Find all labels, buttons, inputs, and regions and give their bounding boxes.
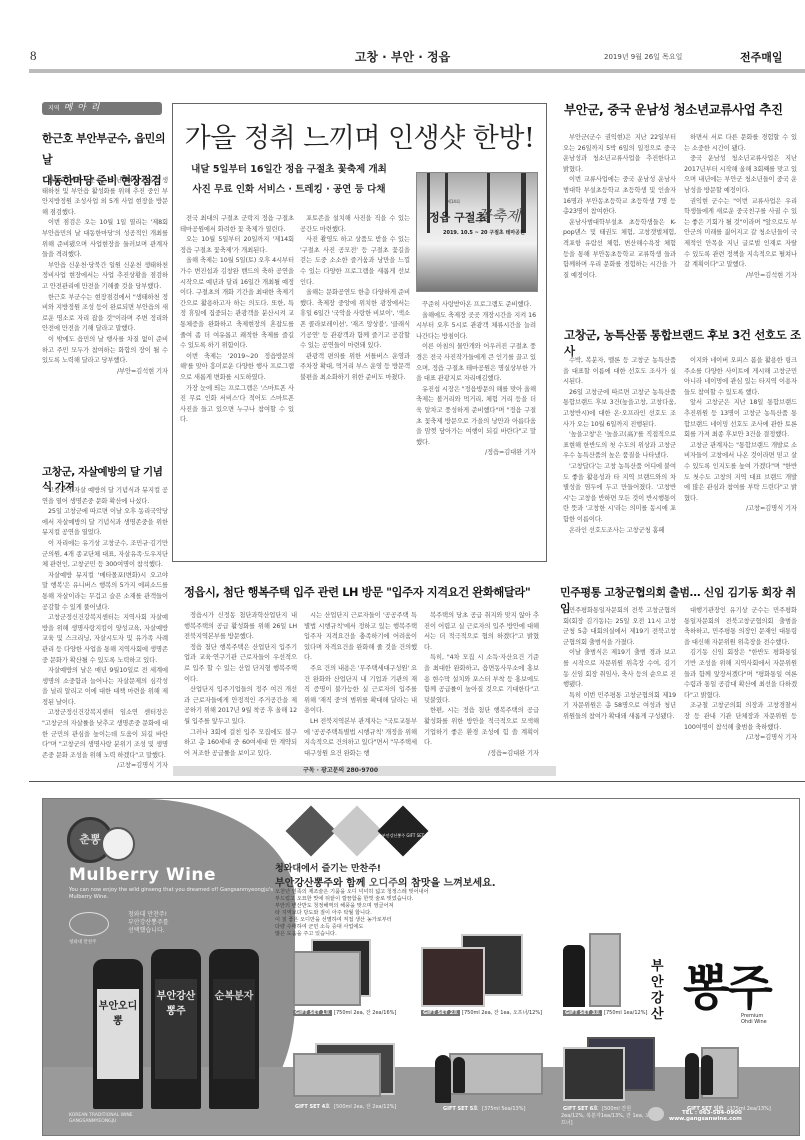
subtitle-line: 내달 5일부터 16일간 정읍 구절초 꽃축제 개최 [172, 160, 406, 180]
byline: /정읍=김대완 기자 [424, 749, 539, 760]
headline-line: 한근호 부안부군수, 읍민의 날 [42, 128, 170, 170]
ad-divider [29, 781, 805, 782]
article-body-col1: 민주평화통일자문회의 전북 고창군협의회(회장 김기동)는 25일 오전 11시… [563, 606, 676, 723]
feature-title: 가을 정취 느끼며 인생샷 한방! [172, 116, 547, 155]
article-body: 고창군이 자살 예방의 달 기념식과 뮤지컬 공연을 열어 생명존중 문화 확산… [42, 486, 168, 772]
paragraph: 온라인 선호도조사는 고창군청 홈페 [563, 526, 676, 537]
company-logo-icon [648, 1107, 664, 1121]
paragraph: 조규철 고창군의회 의장과 고창경찰서장 등 관내 기관 단체장과 자문위원 등… [684, 701, 797, 733]
brand-vertical-name: 부안강산 [651, 959, 665, 1023]
paragraph: 고창군이 자살 예방의 달 기념식과 뮤지컬 공연을 열어 생명존중 문화 확산… [42, 486, 168, 507]
byline: /부안=김석현 기자 [684, 271, 797, 282]
article-body-col1: 정읍시가 신정동 첨단과학산업단지 내 행복주택의 공급 활성화를 위해 26일… [184, 611, 297, 759]
gift-set-image [563, 945, 585, 1007]
article-body-col2: 대행기관장인 유기상 군수는 민주평화통일자문회의 전북고창군협의회 출범을 축… [684, 606, 797, 744]
ad-subtitle: You can now enjoy the wild ginseng that … [69, 887, 279, 901]
fruit-photo-icon [332, 806, 383, 857]
gift-set-caption: GIFT SET 6호[500ml 잔원2ea/12%, 복분자1ea/13%,… [561, 1105, 651, 1126]
article-headline: 고창군, 농특산품 통합브랜드 후보 3건 선호도 조사 [564, 327, 804, 359]
subscription-bar: 구독 · 광고문의 280-9700 [173, 766, 556, 776]
paragraph: 정읍시가 신정동 첨단과학산업단지 내 행복주택의 공급 활성화를 위해 26일… [184, 611, 297, 643]
article-headline: 부안군, 중국 운남성 청소년교류사업 추진 [564, 100, 804, 118]
article-body-col2: 이지와 네이버 오피스 폼을 활용한 링크주소를 다양한 사이트에 게시해 고창… [684, 356, 797, 515]
paragraph: 사진 촬영도 하고 상품도 받을 수 있는 '구절초 사진 공모전' 등 구절초… [300, 235, 410, 288]
article-body-col1: 부안군(군수 권익현)은 지난 22일부터 오는 26일까지 5박 6일의 일정… [563, 133, 676, 281]
paragraph: 정읍 첨단 행복주택은 산업단지 입주기업과 교육·연구기관 근로자들이 우선적… [184, 643, 297, 685]
paragraph: 앞서 고창군은 지난 18일 통합브랜드 추진위원 등 13명이 고창군 농특산… [684, 398, 797, 440]
brand-name: 뽕주 [683, 949, 770, 1018]
wine-bottle: 순복분자 [209, 949, 259, 1109]
paragraph: 포토존을 설치해 사진을 직을 수 있는 공간도 마련했다. [300, 214, 410, 235]
ad-headline: 청와대에서 즐기는 만찬주! [275, 861, 381, 874]
column-tag: 지역메 아 리 [42, 102, 162, 115]
gift-set-caption: GIFT SET 1호[750ml 2ea, 잔 2ea/16%] [293, 1009, 396, 1016]
article-body: 한근호 부안 부군수는 지난 24일 신운천 생태하천 및 부안읍 활성화를 위… [42, 176, 168, 377]
paragraph: 유진섭 시장은 "정읍방문의 해를 맞아 올해 축제는 볼거리와 먹거리, 체험… [416, 385, 536, 449]
ad-body: 오천년 민족의 제조술은 기품을 오디 넉넉히 넓고 청정스레 빚어내어 부드럽… [275, 889, 505, 938]
paragraph: 주요 건의 내용은 '무주택세대구성원' 요건 완화와 산업단지 내 기업과 기… [304, 664, 417, 717]
ad-headline-2: 부안강산뽕주와 함께 오디주의 참맛을 느껴보세요. [275, 874, 496, 889]
paragraph: 올해는 문화공연도 한층 다양하게 준비했다. 축제장 중앙에 위치한 광장에서… [300, 288, 410, 352]
paragraph: 이 밖에도 읍민의 날 행사를 차질 없이 준비하고 주민 모두가 참여하는 화… [42, 335, 168, 367]
festival-poster-image: 제14회 정읍 구절초 꽃축제 2019. 10.5 ~ 20 구절초 테마공원 [416, 172, 538, 292]
paragraph: 한편, 시는 정읍 첨단 행복주택의 공급 활성화를 위한 방안을 적극적으로 … [424, 706, 539, 748]
feature-body-col2: 포토존을 설치해 사진을 직을 수 있는 공간도 마련했다. 사진 촬영도 하고… [300, 214, 410, 384]
paragraph: 고창군 관계자는 "통합브랜드 개발로 소비자들이 고창에서 나온 것이라면 믿… [684, 441, 797, 505]
paragraph: 수박, 복분자, 멜론 등 고창군 농특산품을 대표할 이름에 대한 선호도 조… [563, 356, 676, 388]
byline: /고창=김명식 기자 [684, 504, 797, 515]
paragraph: 고창군정신건강복지센터 임소연 센터장은 "고창군의 자살률을 낮추고 생명존중… [42, 708, 168, 761]
article-body-col3: 복주택의 당초 공급 취지와 맞지 않아 추진이 어렵고 실 근로자의 입주 방… [424, 611, 539, 759]
paragraph: 부안군(군수 권익현)은 지난 22일부터 오는 26일까지 5박 6일의 일정… [563, 133, 676, 175]
ad-title: Mulberry Wine [69, 865, 216, 885]
mulberry-photo-icon [286, 806, 337, 857]
paragraph: 민주평화통일자문회의 전북 고창군협의회(회장 김기동)는 25일 오전 11시… [563, 606, 676, 648]
paragraph: 대행기관장인 유기상 군수는 민주평화통일자문회의 전북고창군협의회 출범을 축… [684, 606, 797, 648]
paragraph: 이번 점검은 오는 10월 1일 열리는 '제8회 부안읍민의 날 대동한마당'… [42, 218, 168, 260]
paragraph: 고창군정신건강복지센터는 지역사회 자살예방을 위해 생명사랑지킴이 양성교육,… [42, 613, 168, 666]
newspaper-name: 전주매일 [740, 49, 783, 65]
paragraph: 이날 출범식은 제19기 출범 경과 보고를 시작으로 자문위원 위촉장 수여,… [563, 648, 676, 690]
company-name: KOREAN TRADITIONAL WINE GANGSANMYEONGJU [69, 1113, 133, 1125]
paragraph: 권익현 군수는 "이번 교류사업은 우리 학생들에게 새로운 중국친구를 사귈 … [684, 197, 797, 271]
paragraph: '높을고창'은 '높을고(高)'를 직접적으로 표현해 한반도의 첫 수도의 위… [563, 430, 676, 462]
paragraph: 시는 산업단지 근로자들이 '공공주택 특별법 시행규칙'에서 정하고 있는 행… [304, 611, 417, 664]
paragraph: 올해에도 축제장 곳곳 개장시간을 지켜 16시부터 오후 5시로 관광객 체류… [416, 311, 536, 343]
paragraph: 25일 고창군에 따르면 이날 오후 동리국악당에서 자살예방의 달 기념식과 … [42, 507, 168, 539]
paragraph: 이지와 네이버 오피스 폼을 활용한 링크주소를 다양한 사이트에 게시해 고창… [684, 356, 797, 398]
ad-slogan: 청와대 만찬주! 부안강산뽕주를 선택했습니다. [128, 911, 169, 935]
paragraph: 운남사범대학부설초 초등학생들은 K-pop댄스 및 태권도 체험, 고창갯벌체… [563, 218, 676, 282]
paragraph: 이번 교류사업에는 중국 운남성 운남사범대학 부설초등학교 초등학생 및 인솔… [563, 175, 676, 217]
brand-tagline: Premium Ohdi Wine [741, 1013, 767, 1025]
gift-set-image [563, 1047, 625, 1101]
wine-bottle: 부안오디뽕 [93, 959, 143, 1109]
feature-subtitle: 내달 5일부터 16일간 정읍 구절초 꽃축제 개최 사진 무료 인화 서비스 … [172, 160, 406, 200]
byline: /부안=김석현 기자 [42, 367, 168, 378]
paragraph: 이 자리에는 유기상 고창군수, 조민규·김기만 군의원, 4개 종교단체 대표… [42, 539, 168, 571]
gift-set-image [293, 951, 361, 1006]
paragraph: 중국 운남성 청소년교류사업은 지난 2017년부터 시작해 올해 3회째를 맞… [684, 154, 797, 196]
paragraph: 오는 10월 5일부터 20일까지 '제14회 정읍 구절초 꽃축제'가 개최된… [180, 235, 294, 256]
gift-set-image [435, 1055, 451, 1103]
contact-info: TEL : 063-584-0900 www.gangsanwine.com [669, 1110, 742, 1122]
paragraph: 그러나 3회에 걸친 입주 모집에도 불구하고 총 160세대 중 60여세대 … [184, 728, 297, 760]
column-tag-name: 메 아 리 [64, 103, 101, 113]
byline: /고창=김명식 기자 [42, 761, 168, 772]
header-rule [29, 69, 805, 73]
mulberry-wine-advertisement: 춘뽕 Mulberry Wine You can now enjoy the w… [42, 798, 800, 1136]
paragraph: 산업단지 입주기업들의 정주 여건 개선과 근로자들에게 안정적인 주거공간을 … [184, 685, 297, 727]
feature-body-col3: 꾸준히 사랑받아온 프로그램도 준비했다. 올해에도 축제장 곳곳 개장시간을 … [416, 300, 536, 459]
poster-edition: 제14회 [447, 199, 460, 205]
paragraph: 복주택의 당초 공급 취지와 맞지 않아 추진이 어렵고 실 근로자의 입주 방… [424, 611, 539, 653]
paragraph: 특히 이번 민주평통 고창군협의회 제19기 자문위원은 총 58명으로 여성과… [563, 691, 676, 723]
blue-house-emblem-icon [69, 912, 109, 936]
section-title: 고창 · 부안 · 정읍 [0, 48, 805, 65]
gift-set-caption: GIFT SET 5호[375ml 5ea/13%] [441, 1105, 525, 1112]
column-tag-prefix: 지역 [48, 105, 60, 112]
paragraph: 26일 고창군에 따르면 고창군 농특산품 통합브랜드 후보 3건(높을고창, … [563, 388, 676, 430]
byline: /고창=김명식 기자 [684, 733, 797, 744]
byline: /정읍=김대완 기자 [416, 448, 536, 459]
paragraph: 부안읍 신운천·당북간 일원 신운천 생태하천 정비사업 현장에서는 사업 추진… [42, 261, 168, 293]
paragraph: 올해 축제는 10월 5일(토) 오후 4시부터 가수 변진섭과 김창완 밴드의… [180, 256, 294, 351]
article-body-col2: 시는 산업단지 근로자들이 '공공주택 특별법 시행규칙'에서 정하고 있는 행… [304, 611, 417, 759]
poster-title-script: 꽃축제 [477, 205, 520, 226]
paragraph: 자살예방의 날은 매년 9월10일로 전 세계에 생명의 소중함과 늘어나는 자… [42, 666, 168, 708]
paragraph: '고창답다'는 고창 농특산품 어디에 붙여도 좋을 활용성과 타 지역 브랜드… [563, 462, 676, 526]
feature-body-col1: 전국 최대의 구절초 군락지 정읍 구절초 테마공원에서 화려한 꽃 축제가 열… [180, 214, 294, 426]
poster-dates: 2019. 10.5 ~ 20 구절초 테마공원 [443, 229, 525, 236]
subtitle-line: 사진 무료 인화 서비스 · 트레킹 · 공연 등 다채 [172, 180, 406, 200]
paragraph: LH 전북지역본부 관계자는 "국토교통부에 '공공주택특별법 시행규칙' 개정… [304, 717, 417, 759]
mascot-icon [101, 827, 135, 861]
wine-bottle: 부안강산뽕주 [151, 949, 201, 1109]
article-body-col2: 하면서 서로 다른 문화를 경험할 수 있는 소중한 시간이 됐다. 중국 운남… [684, 133, 797, 281]
paragraph: 하면서 서로 다른 문화를 경험할 수 있는 소중한 시간이 됐다. [684, 133, 797, 154]
paragraph: 이른 아침의 물안개와 어우러진 구절초 풍경은 전국 사진작가들에게 큰 인기… [416, 342, 536, 384]
paragraph: 자살예방 뮤지컬 '메타몰포(변화)시 오고야 말 행복'은 유니버스 행복의 … [42, 571, 168, 613]
gift-set-image [421, 947, 485, 1007]
paragraph: 이번 축제는 '2019~20 정읍방문의 해'를 맞아 흥미로운 다양한 행사… [180, 352, 294, 384]
paragraph: 전국 최대의 구절초 군락지 정읍 구절초 테마공원에서 화려한 꽃 축제가 열… [180, 214, 294, 235]
gift-set-caption: GIFT SET 4호[500ml 2ea, 잔 2ea/12%] [293, 1103, 396, 1110]
paragraph: 가장 눈에 띄는 프로그램은 '스마트폰 사진 무료 인화 서비스'다 적어도 … [180, 384, 294, 426]
paragraph: 한근호 부안 부군수는 지난 24일 신운천 생태하천 및 부안읍 활성화를 위… [42, 176, 168, 218]
paragraph: 김기동 신임 회장은 "한반도 평화통일 기반 조성을 위해 지역사회에서 자문… [684, 648, 797, 701]
paragraph: 관광객 편의를 위한 셔틀버스 운영과 주차장 확대, 먹거리 부스 운영 등 … [300, 352, 410, 384]
gift-set-icon [378, 806, 429, 857]
emblem-caption: 청와대 만찬주 [69, 939, 97, 945]
article-body-col1: 수박, 복분자, 멜론 등 고창군 농특산품을 대표할 이름에 대한 선호도 조… [563, 356, 676, 536]
paragraph: 꾸준히 사랑받아온 프로그램도 준비했다. [416, 300, 536, 311]
article-headline: 정읍시, 첨단 행복주택 입주 관련 LH 방문 "입주자 지격요건 완화해달라… [184, 584, 554, 600]
gift-set-caption: GIFT SET 2호[750ml 2ea, 잔 1ea, 오프너/12%] [421, 1009, 542, 1016]
paragraph: 한근호 부군수는 현장점검에서 "생태하천 정비와 지방정원 조성 등이 완료되… [42, 293, 168, 335]
gift-set-image [685, 1053, 699, 1099]
issue-date: 2019년 9월 26일 목요일 [604, 52, 682, 62]
paragraph: 특히, "4차 모집 시 소득·자산요건 기준을 최대한 완화하고, 읍면동사무… [424, 653, 539, 706]
gift-set-image [293, 1053, 381, 1097]
gift-set-caption: GIFT SET 3호[750ml 1ea/12%] [563, 1009, 647, 1016]
